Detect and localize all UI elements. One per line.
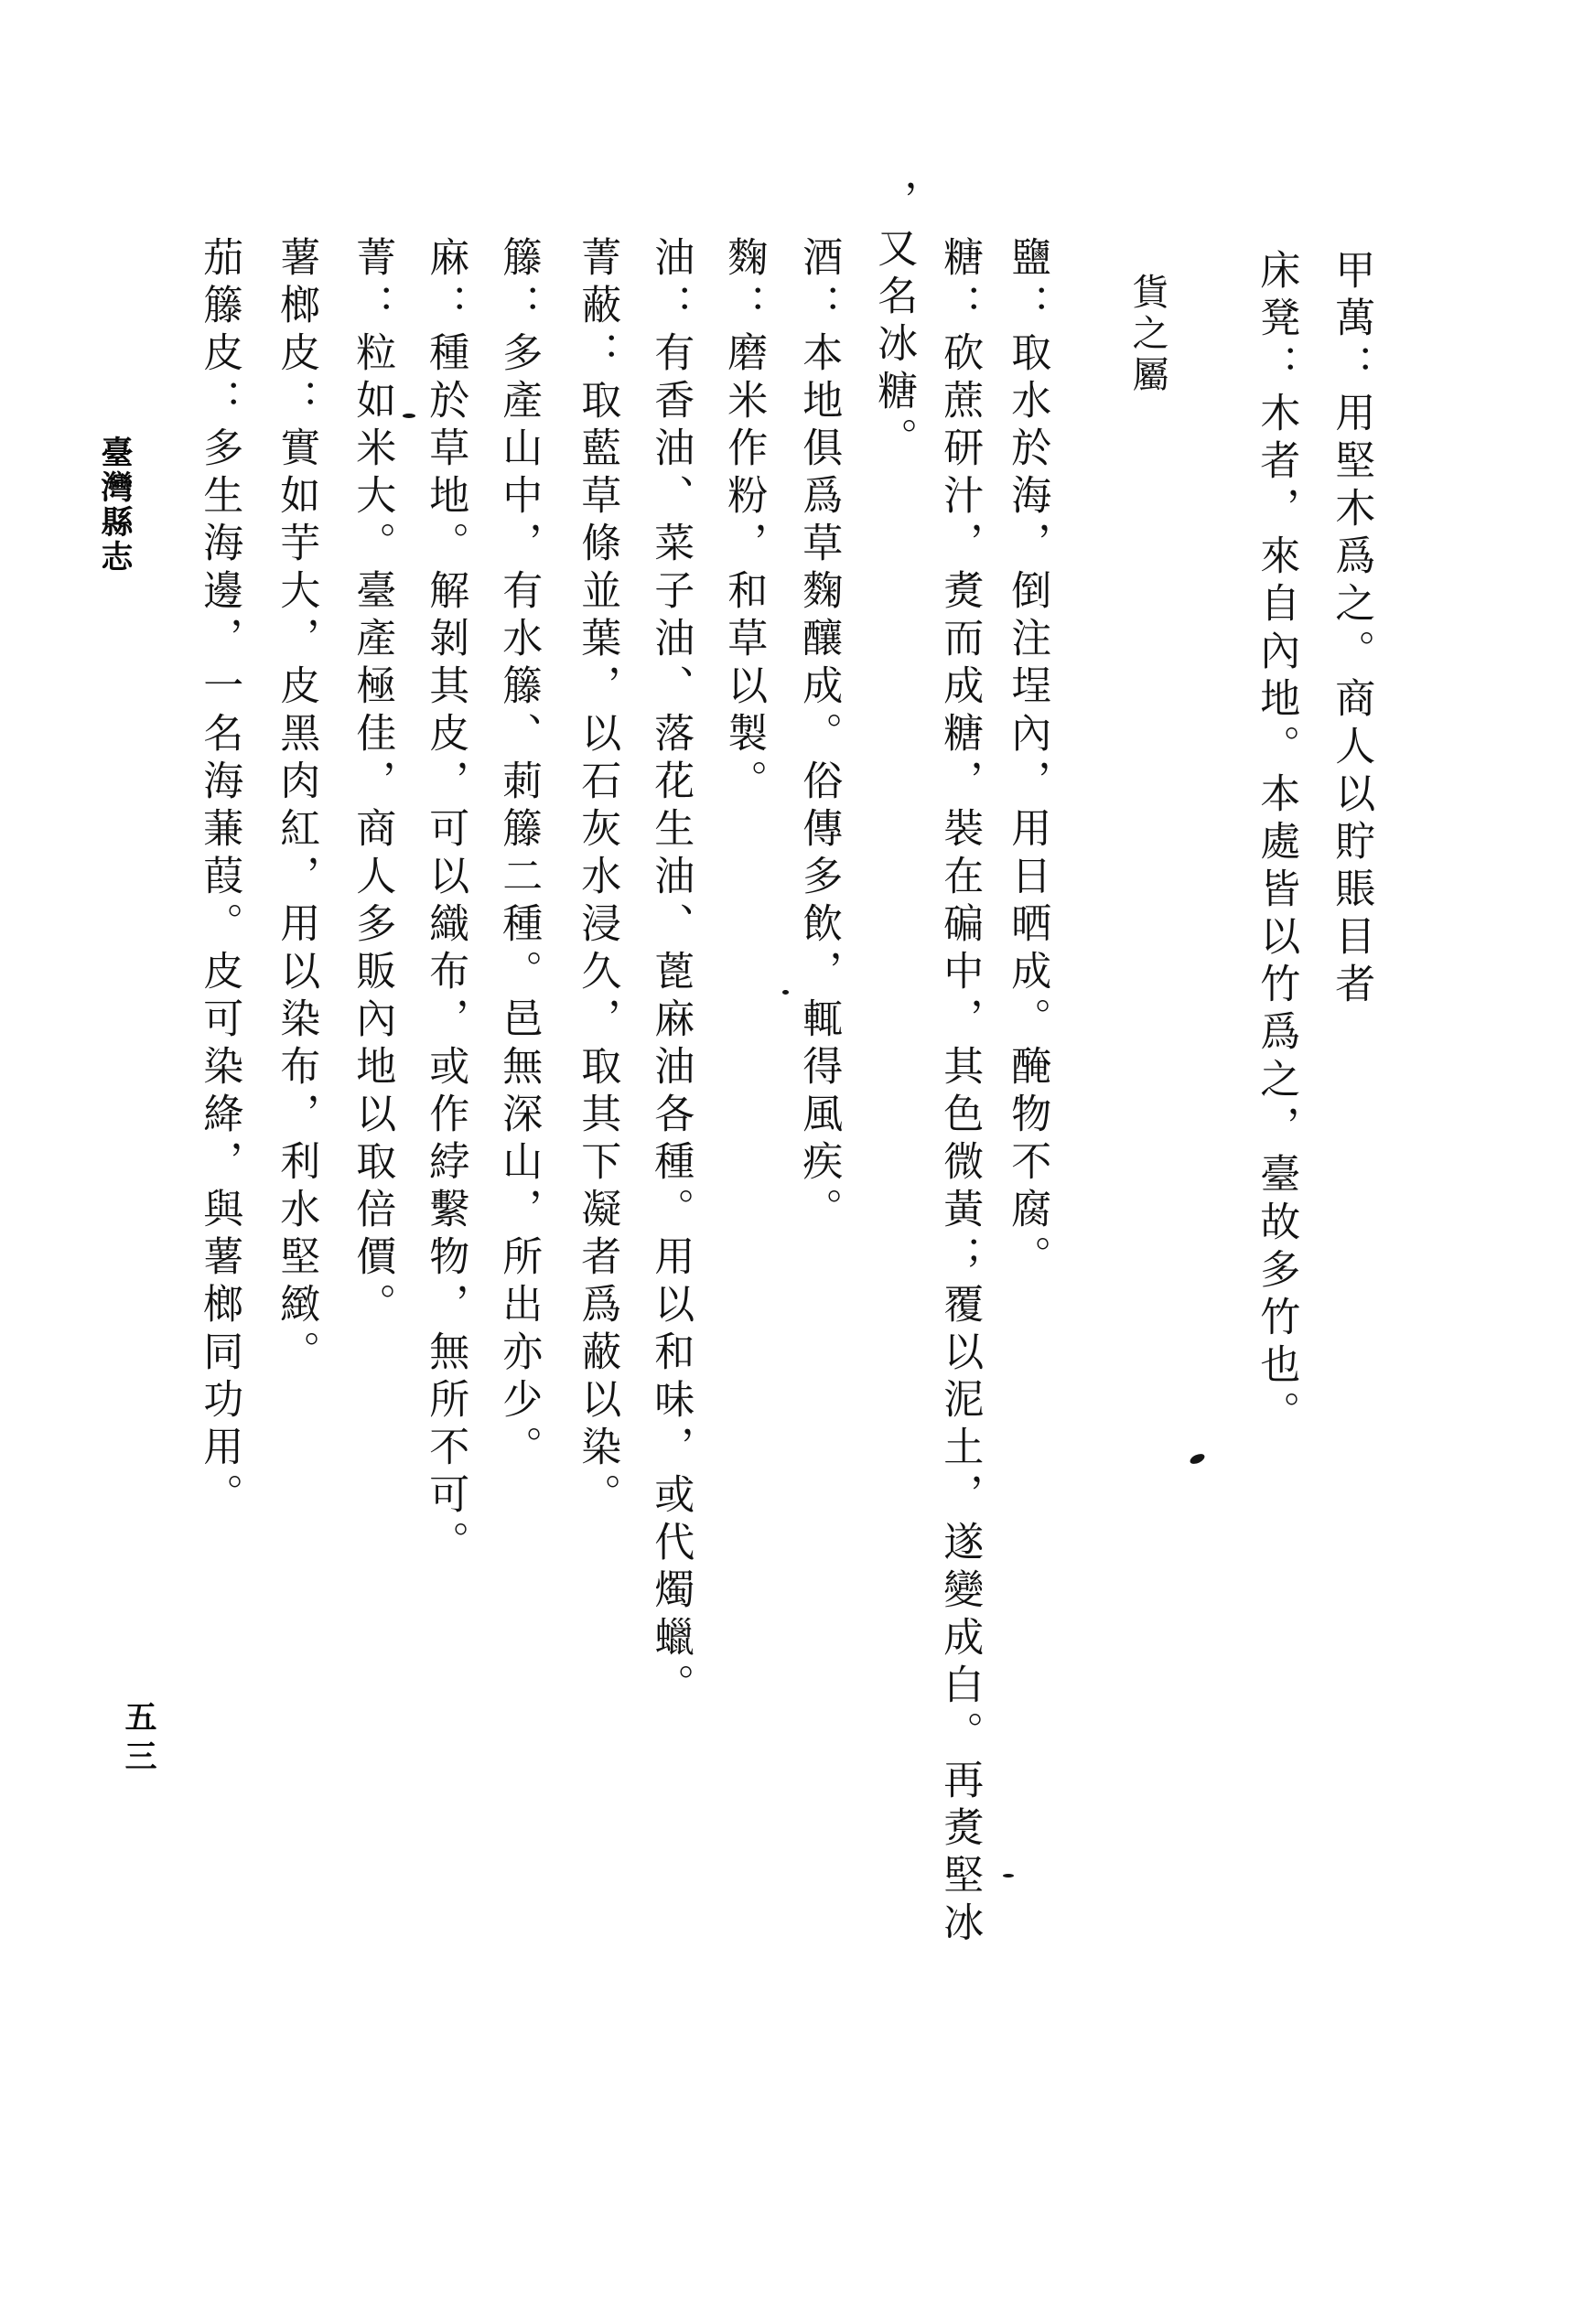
text-column-yan-salt: 鹽：取水於海，倒注埕內，用日晒成。醃物不腐。 <box>1001 236 1053 1283</box>
section-header: 貨之屬 <box>1124 273 1171 396</box>
text-column-tang-sugar: 糖：砍蔗研汁，煑而成糖，裝在碥中，其色微黃；覆以泥土，遂變成白。再煑堅冰 <box>933 236 985 1949</box>
book-title: 臺灣縣志 <box>92 436 137 575</box>
ink-speck <box>1003 1874 1014 1877</box>
page-number: 五三 <box>115 1700 161 1779</box>
text-column-qieteng-bark: 茄籐皮：多生海邊，一名海蒹葭。皮可染絳，與薯榔同功用。 <box>193 236 245 1521</box>
ink-speck <box>782 990 789 995</box>
text-column-jing-indigo-dye: 菁蔽：取藍草條並葉，以石灰水浸久，取其下凝者爲蔽以染。 <box>571 236 623 1521</box>
ink-speck <box>403 414 415 418</box>
ink-speck <box>1189 1452 1206 1466</box>
text-column-ma-hemp: 麻：種於草地。解剝其皮，可以織布，或作綍繫物，無所不可。 <box>419 236 471 1568</box>
text-column-jiawan: 甲萬：用堅木爲之。商人以貯賬目者 <box>1325 249 1377 1010</box>
scanned-book-page: 臺灣縣志 五三 貨之屬 甲萬：用堅木爲之。商人以貯賬目者 床凳：木者，來自內地。… <box>0 0 1583 2324</box>
text-column-jing-indigo-seed: 菁：粒如米大。臺產極佳，商人多販內地以取倍價。 <box>346 236 398 1330</box>
text-column-qu-yeast: 麴：磨米作粉，和草以製。 <box>717 236 770 807</box>
text-column-teng-rattan: 籐：多產山中，有水籐、莿籐二種。邑無深山，所出亦少。 <box>492 236 544 1473</box>
text-column-chuangdeng: 床凳：木者，來自內地。本處皆以竹爲之，臺故多竹也。 <box>1250 249 1302 1438</box>
text-column-tang-sugar-continued: ，又名冰糖。 <box>867 179 920 465</box>
text-column-jiu-wine: 酒：本地俱爲草麴釀成。俗傳多飲，輒得風疾。 <box>792 236 845 1235</box>
text-column-shulang-bark: 薯榔皮：實如芋大，皮黑肉紅，用以染布，利水堅緻。 <box>270 236 322 1378</box>
text-column-you-oil: 油：有香油、菜子油、落花生油、蓖麻油各種。用以和味，或代燭蠟。 <box>644 236 696 1711</box>
